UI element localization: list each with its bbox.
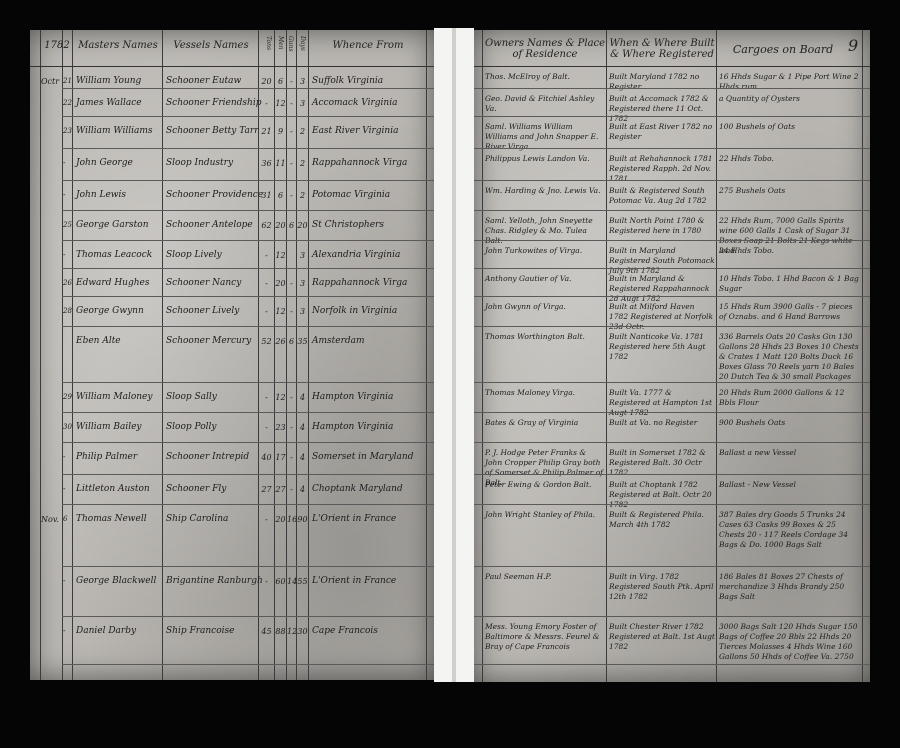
- men-cell: 12: [275, 250, 286, 261]
- master-name-cell: Eben Alte: [76, 336, 162, 347]
- cargo-cell: 22 Hhds Tobo.: [719, 154, 861, 164]
- tons-cell: 52: [259, 336, 274, 347]
- day-cell: 26: [63, 278, 72, 289]
- tons-header: Tons: [259, 36, 274, 50]
- days-cell: 3: [297, 250, 308, 261]
- day-cell: 22: [63, 98, 72, 109]
- vessel-name-cell: Sloop Industry: [166, 158, 258, 169]
- cargo-cell: 900 Bushels Oats: [719, 418, 861, 428]
- guns-cell: 16: [287, 514, 296, 525]
- owner-cell: John Wright Stanley of Phila.: [485, 510, 605, 520]
- master-name-cell: Littleton Auston: [76, 484, 162, 495]
- day-cell: -: [63, 452, 72, 463]
- whence-from-header: Whence From: [310, 40, 426, 51]
- built-registered-cell: Built at Va. no Register: [609, 418, 715, 428]
- margin-rule: [40, 30, 41, 680]
- built-registered-cell: Built & Registered South Potomac Va. Aug…: [609, 186, 715, 206]
- owner-cell: Paul Seeman H.P.: [485, 572, 605, 582]
- master-name-cell: George Garston: [76, 220, 162, 231]
- vessel-name-cell: Ship Carolina: [166, 514, 258, 525]
- cargo-cell: 275 Bushels Oats: [719, 186, 861, 196]
- master-name-cell: Thomas Newell: [76, 514, 162, 525]
- day-cell: -: [63, 250, 72, 261]
- day-cell: 29: [63, 392, 72, 403]
- owner-cell: Mess. Young Emory Foster of Baltimore & …: [485, 622, 605, 652]
- days-header: Days: [297, 36, 308, 51]
- days-cell: 3: [297, 306, 308, 317]
- row-rule: [474, 326, 870, 327]
- master-name-cell: William Maloney: [76, 392, 162, 403]
- owner-cell: John Turkowites of Virga.: [485, 246, 605, 256]
- owners-header: Owners Names & Place of Residence: [484, 38, 606, 60]
- row-rule: [474, 180, 870, 181]
- guns-cell: -: [287, 452, 296, 463]
- day-cell: 21: [63, 76, 72, 87]
- day-cell: 28: [63, 306, 72, 317]
- row-rule: [474, 148, 870, 149]
- men-cell: 6: [275, 76, 286, 87]
- vessel-name-cell: Schooner Nancy: [166, 278, 258, 289]
- day-cell: 6: [63, 514, 72, 525]
- master-column-rule: [162, 30, 163, 680]
- vessel-name-cell: Schooner Antelope: [166, 220, 258, 231]
- men-cell: 60: [275, 576, 286, 587]
- days-cell: 20: [297, 220, 308, 231]
- vessel-name-cell: Schooner Mercury: [166, 336, 258, 347]
- master-name-cell: George Gwynn: [76, 306, 162, 317]
- master-name-cell: Philip Palmer: [76, 452, 162, 463]
- row-rule: [62, 566, 434, 567]
- cargo-cell: 387 Bales dry Goods 5 Trunks 24 Cases 63…: [719, 510, 861, 550]
- built-registered-cell: Built at East River 1782 no Register: [609, 122, 715, 142]
- day-cell: 25: [63, 220, 72, 231]
- men-cell: 12: [275, 392, 286, 403]
- row-rule: [474, 268, 870, 269]
- guns-cell: -: [287, 392, 296, 403]
- whence-from-cell: Rappahannock Virga: [312, 278, 424, 289]
- owner-cell: Bates & Gray of Virginia: [485, 418, 605, 428]
- vessel-name-cell: Schooner Fly: [166, 484, 258, 495]
- vessel-name-cell: Sloop Lively: [166, 250, 258, 261]
- vessel-name-cell: Schooner Intrepid: [166, 452, 258, 463]
- row-rule: [62, 442, 434, 443]
- guns-cell: 14: [287, 576, 296, 587]
- men-cell: 20: [275, 220, 286, 231]
- row-rule: [474, 412, 870, 413]
- master-name-cell: George Blackwell: [76, 576, 162, 587]
- guns-cell: -: [287, 76, 296, 87]
- row-rule: [474, 382, 870, 383]
- vessel-name-cell: Sloop Polly: [166, 422, 258, 433]
- header-rule: [30, 66, 434, 67]
- whence-from-cell: Potomac Virginia: [312, 190, 424, 201]
- row-rule: [62, 116, 434, 117]
- owner-cell: Thomas Worthington Balt.: [485, 332, 605, 342]
- tons-cell: -: [259, 576, 274, 587]
- days-cell: 4: [297, 484, 308, 495]
- right-margin-rule: [426, 30, 427, 680]
- cargo-cell: 3000 Bags Salt 120 Hhds Sugar 150 Bags o…: [719, 622, 861, 662]
- days-cell: 90: [297, 514, 308, 525]
- vessels-names-header: Vessels Names: [164, 40, 258, 51]
- vessel-name-cell: Schooner Betty Tarr: [166, 126, 258, 137]
- built-column-rule: [716, 30, 717, 682]
- days-cell: 2: [297, 158, 308, 169]
- guns-cell: -: [287, 278, 296, 289]
- days-cell: 2: [297, 126, 308, 137]
- cargo-cell: 336 Barrels Oats 20 Casks Gin 130 Gallon…: [719, 332, 861, 382]
- men-cell: 9: [275, 126, 286, 137]
- men-cell: 17: [275, 452, 286, 463]
- men-cell: 88: [275, 626, 286, 637]
- guns-cell: -: [287, 422, 296, 433]
- master-name-cell: Thomas Leacock: [76, 250, 162, 261]
- header-rule: [474, 66, 870, 67]
- whence-from-cell: Rappahannock Virga: [312, 158, 424, 169]
- day-cell: 23: [63, 126, 72, 137]
- tons-cell: 20: [259, 76, 274, 87]
- cargo-cell: 15 Hhds Rum 3900 Galls - 7 pieces of Ozn…: [719, 302, 861, 322]
- tons-cell: -: [259, 98, 274, 109]
- days-cell: 4: [297, 452, 308, 463]
- master-name-cell: Daniel Darby: [76, 626, 162, 637]
- owner-cell: Wm. Harding & Jno. Lewis Va.: [485, 186, 605, 196]
- days-cell: 3: [297, 98, 308, 109]
- owner-cell: Thomas Maloney Virga.: [485, 388, 605, 398]
- margin-rule: [482, 30, 483, 682]
- men-cell: 27: [275, 484, 286, 495]
- owner-cell: Thos. McElroy of Balt.: [485, 72, 605, 82]
- row-rule: [474, 474, 870, 475]
- month-cell: Nov.: [41, 514, 62, 525]
- owner-cell: Peter Ewing & Gordon Balt.: [485, 480, 605, 490]
- row-rule: [474, 566, 870, 567]
- built-registered-cell: Built at Milford Haven 1782 Registered a…: [609, 302, 715, 332]
- row-rule: [474, 616, 870, 617]
- tons-cell: -: [259, 306, 274, 317]
- row-rule: [474, 442, 870, 443]
- built-registered-cell: Built in Virg. 1782 Registered South Ptk…: [609, 572, 715, 602]
- whence-from-cell: Alexandria Virginia: [312, 250, 424, 261]
- tons-cell: 45: [259, 626, 274, 637]
- guns-cell: -: [287, 158, 296, 169]
- days-column-rule: [308, 30, 309, 680]
- built-registered-cell: Built Chester River 1782 Registered at B…: [609, 622, 715, 652]
- row-rule: [62, 268, 434, 269]
- ledger-right-page: Owners Names & Place of Residence When &…: [474, 30, 870, 682]
- built-registered-cell: Built & Registered Phila. March 4th 1782: [609, 510, 715, 530]
- master-name-cell: John Lewis: [76, 190, 162, 201]
- guns-cell: -: [287, 190, 296, 201]
- guns-cell: -: [287, 484, 296, 495]
- days-cell: 30: [297, 626, 308, 637]
- row-rule: [62, 88, 434, 89]
- right-margin-rule: [862, 30, 863, 682]
- row-rule: [62, 616, 434, 617]
- built-registered-cell: Built at Choptank 1782 Registered at Bal…: [609, 480, 715, 510]
- built-registered-cell: Built at Accomack 1782 & Registered ther…: [609, 94, 715, 124]
- row-rule: [474, 88, 870, 89]
- day-column-rule: [72, 30, 73, 680]
- tons-cell: 40: [259, 452, 274, 463]
- row-rule: [62, 296, 434, 297]
- ledger-left-page: 1782 Masters Names Vessels Names Tons Me…: [30, 30, 434, 680]
- vessel-name-cell: Schooner Lively: [166, 306, 258, 317]
- master-name-cell: Edward Hughes: [76, 278, 162, 289]
- guns-header: Guns: [287, 36, 296, 52]
- cargo-cell: 24 Hhds Tobo.: [719, 246, 861, 256]
- days-cell: 2: [297, 190, 308, 201]
- cargo-cell: a Quantity of Oysters: [719, 94, 861, 104]
- whence-from-cell: Cape Francois: [312, 626, 424, 637]
- tons-cell: -: [259, 422, 274, 433]
- whence-from-cell: Amsterdam: [312, 336, 424, 347]
- cargo-cell: Ballast a new Vessel: [719, 448, 861, 458]
- cargo-cell: 16 Hhds Sugar & 1 Pipe Port Wine 2 Hhds …: [719, 72, 861, 92]
- days-cell: 4: [297, 392, 308, 403]
- master-name-cell: William Bailey: [76, 422, 162, 433]
- men-cell: 23: [275, 422, 286, 433]
- cargo-cell: 10 Hhds Tobo. 1 Hhd Bacon & 1 Bag Sugar: [719, 274, 861, 294]
- whence-from-cell: Accomack Virginia: [312, 98, 424, 109]
- men-cell: 12: [275, 306, 286, 317]
- guns-cell: 12: [287, 626, 296, 637]
- vessel-name-cell: Schooner Providence: [166, 190, 258, 201]
- cargo-cell: 20 Hhds Rum 2000 Gallons & 12 Bbls Flour: [719, 388, 861, 408]
- guns-cell: -: [287, 98, 296, 109]
- whence-from-cell: Hampton Virginia: [312, 422, 424, 433]
- built-registered-cell: Built North Point 1780 & Registered here…: [609, 216, 715, 236]
- guns-cell: 6: [287, 220, 296, 231]
- whence-from-cell: L'Orient in France: [312, 576, 424, 587]
- built-registered-cell: Built in Maryland & Registered Rappahann…: [609, 274, 715, 304]
- vessel-name-cell: Brigantine Ranburgh: [166, 576, 258, 587]
- vessel-name-cell: Sloop Sally: [166, 392, 258, 403]
- owner-cell: Anthony Gautier of Va.: [485, 274, 605, 284]
- tons-cell: -: [259, 392, 274, 403]
- whence-from-cell: St Christophers: [312, 220, 424, 231]
- row-rule: [474, 240, 870, 241]
- day-cell: -: [63, 576, 72, 587]
- row-rule: [62, 504, 434, 505]
- whence-from-cell: East River Virginia: [312, 126, 424, 137]
- day-cell: -: [63, 158, 72, 169]
- built-registered-header: When & Where Built & Where Registered: [608, 38, 716, 60]
- master-name-cell: James Wallace: [76, 98, 162, 109]
- row-rule: [62, 474, 434, 475]
- row-rule: [62, 180, 434, 181]
- day-cell: -: [63, 484, 72, 495]
- row-rule: [62, 240, 434, 241]
- vessel-name-cell: Schooner Friendship: [166, 98, 258, 109]
- day-cell: -: [63, 626, 72, 637]
- cargo-cell: 186 Bales 81 Boxes 27 Chests of merchand…: [719, 572, 861, 602]
- day-cell: 30: [63, 422, 72, 433]
- whence-from-cell: Somerset in Maryland: [312, 452, 424, 463]
- men-cell: 26: [275, 336, 286, 347]
- whence-from-cell: Norfolk in Virginia: [312, 306, 424, 317]
- tons-cell: 31: [259, 190, 274, 201]
- tons-cell: -: [259, 278, 274, 289]
- whence-from-cell: Choptank Maryland: [312, 484, 424, 495]
- book-gutter-left: [434, 28, 452, 682]
- men-cell: 6: [275, 190, 286, 201]
- owner-cell: Geo. David & Fitchiel Ashley Va.: [485, 94, 605, 114]
- built-registered-cell: Built in Maryland Registered South Potom…: [609, 246, 715, 276]
- whence-from-cell: Hampton Virginia: [312, 392, 424, 403]
- owner-cell: Saml. Yelloth, John Sneyette Chas. Ridgl…: [485, 216, 605, 246]
- days-cell: 3: [297, 76, 308, 87]
- owner-cell: Philippus Lewis Landon Va.: [485, 154, 605, 164]
- tons-cell: 27: [259, 484, 274, 495]
- built-registered-cell: Built Va. 1777 & Registered at Hampton 1…: [609, 388, 715, 418]
- owner-cell: John Gwynn of Virga.: [485, 302, 605, 312]
- built-registered-cell: Built Maryland 1782 no Register: [609, 72, 715, 92]
- row-rule: [62, 326, 434, 327]
- built-registered-cell: Built Nanticoke Va. 1781 Registered here…: [609, 332, 715, 362]
- whence-from-cell: L'Orient in France: [312, 514, 424, 525]
- tons-cell: -: [259, 514, 274, 525]
- guns-cell: -: [287, 306, 296, 317]
- whence-from-cell: Suffolk Virginia: [312, 76, 424, 87]
- masters-names-header: Masters Names: [74, 40, 162, 51]
- row-rule: [474, 116, 870, 117]
- row-rule: [62, 148, 434, 149]
- cargo-cell: 100 Bushels of Oats: [719, 122, 861, 132]
- master-name-cell: William Young: [76, 76, 162, 87]
- page-number: 9: [848, 36, 858, 55]
- vessel-name-cell: Ship Francoise: [166, 626, 258, 637]
- row-rule: [62, 664, 434, 665]
- men-cell: 12: [275, 98, 286, 109]
- tons-cell: 36: [259, 158, 274, 169]
- row-rule: [62, 210, 434, 211]
- row-rule: [474, 504, 870, 505]
- days-cell: 3: [297, 278, 308, 289]
- tons-cell: -: [259, 250, 274, 261]
- men-cell: 20: [275, 278, 286, 289]
- year-header: 1782: [42, 40, 72, 51]
- cargo-cell: Ballast - New Vessel: [719, 480, 861, 490]
- cargoes-header: Cargoes on Board: [718, 44, 848, 55]
- days-cell: 4: [297, 422, 308, 433]
- tons-cell: 62: [259, 220, 274, 231]
- owners-column-rule: [606, 30, 607, 682]
- days-cell: 55: [297, 576, 308, 587]
- men-cell: 20: [275, 514, 286, 525]
- month-cell: Octr: [41, 76, 62, 87]
- men-cell: 11: [275, 158, 286, 169]
- book-gutter-right: [456, 28, 474, 682]
- row-rule: [62, 382, 434, 383]
- guns-cell: 6: [287, 336, 296, 347]
- guns-cell: -: [287, 126, 296, 137]
- tons-cell: 21: [259, 126, 274, 137]
- row-rule: [474, 296, 870, 297]
- row-rule: [474, 210, 870, 211]
- master-name-cell: John George: [76, 158, 162, 169]
- row-rule: [62, 412, 434, 413]
- day-cell: -: [63, 190, 72, 201]
- master-name-cell: William Williams: [76, 126, 162, 137]
- vessel-name-cell: Schooner Eutaw: [166, 76, 258, 87]
- days-cell: 35: [297, 336, 308, 347]
- row-rule: [474, 664, 870, 665]
